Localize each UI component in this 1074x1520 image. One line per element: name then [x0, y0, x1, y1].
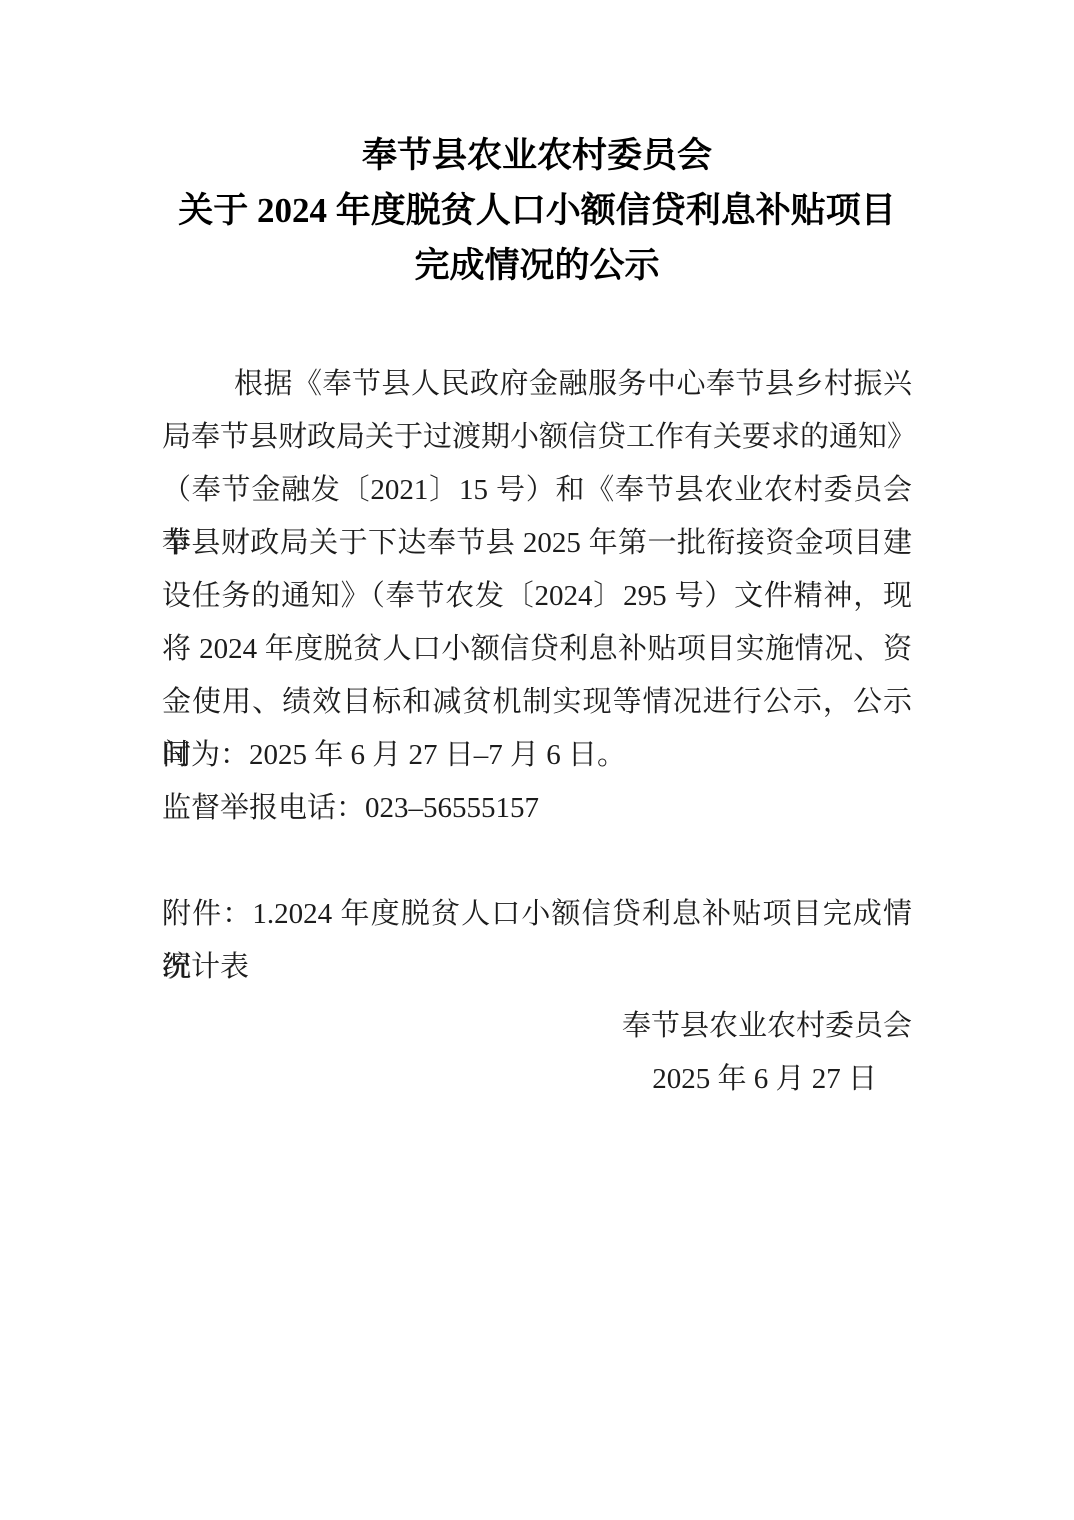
attachment-line-2: 统计表 — [162, 941, 912, 994]
hotline-line: 监督举报电话：023–56555157 — [162, 782, 912, 835]
attachment-line-1: 附件：1.2024 年度脱贫人口小额信贷利息补贴项目完成情况 — [162, 888, 912, 941]
paragraph-line-2: 局奉节县财政局关于过渡期小额信贷工作有关要求的通知》 — [162, 411, 912, 464]
date-line: 2025 年 6 月 27 日 — [162, 1053, 912, 1106]
document-page: 奉节县农业农村委员会 关于 2024 年度脱贫人口小额信贷利息补贴项目 完成情况… — [0, 0, 1074, 1520]
document-title: 奉节县农业农村委员会 关于 2024 年度脱贫人口小额信贷利息补贴项目 完成情况… — [0, 128, 1074, 293]
title-line-3: 完成情况的公示 — [0, 238, 1074, 293]
signature-line: 奉节县农业农村委员会 — [162, 1000, 912, 1053]
paragraph-line-3: （奉节金融发〔2021〕15 号）和《奉节县农业农村委员会奉 — [162, 464, 912, 517]
document-body: 根据《奉节县人民政府金融服务中心奉节县乡村振兴 局奉节县财政局关于过渡期小额信贷… — [162, 358, 912, 1106]
paragraph-line-4: 节县财政局关于下达奉节县 2025 年第一批衔接资金项目建 — [162, 517, 912, 570]
blank-line — [162, 835, 912, 888]
paragraph-line-1: 根据《奉节县人民政府金融服务中心奉节县乡村振兴 — [162, 358, 912, 411]
paragraph-line-7: 金使用、绩效目标和减贫机制实现等情况进行公示，公示时 — [162, 676, 912, 729]
title-line-1: 奉节县农业农村委员会 — [0, 128, 1074, 183]
title-line-2: 关于 2024 年度脱贫人口小额信贷利息补贴项目 — [0, 183, 1074, 238]
paragraph-line-6: 将 2024 年度脱贫人口小额信贷利息补贴项目实施情况、资 — [162, 623, 912, 676]
paragraph-line-8: 间为：2025 年 6 月 27 日–7 月 6 日。 — [162, 729, 912, 782]
paragraph-line-5: 设任务的通知》（奉节农发〔2024〕295 号）文件精神，现 — [162, 570, 912, 623]
